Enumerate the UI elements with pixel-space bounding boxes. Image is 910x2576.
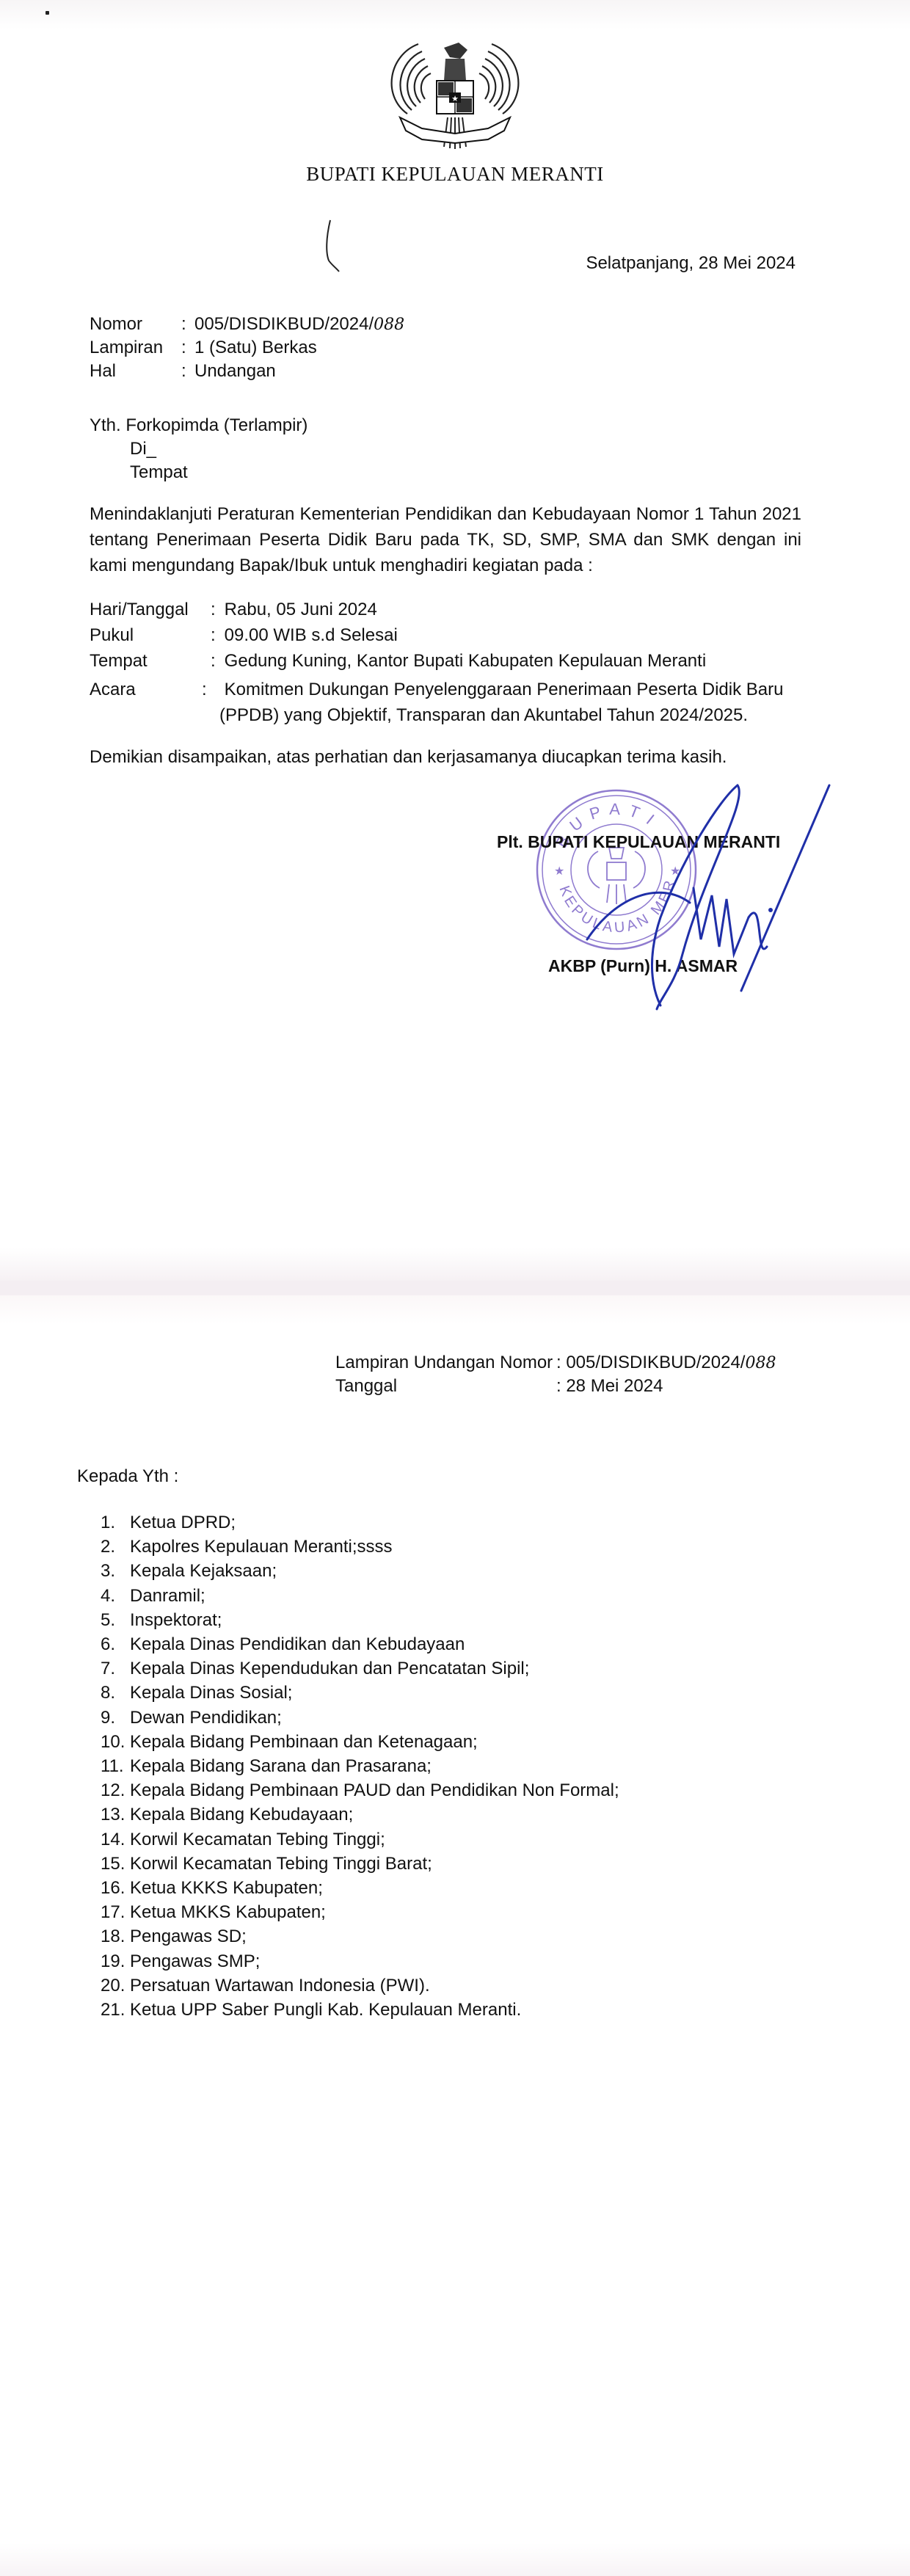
recipient-text: Kepala Bidang Kebudayaan; xyxy=(130,1805,353,1824)
recipient-text: Korwil Kecamatan Tebing Tinggi Barat; xyxy=(130,1854,432,1874)
recipient-number: 6. xyxy=(101,1632,130,1656)
recipient-line: Yth. Forkopimda (Terlampir) xyxy=(90,415,307,436)
recipient-number: 17. xyxy=(101,1900,130,1924)
event-label: Hari/Tanggal xyxy=(90,600,211,620)
event-row-date: Hari/Tanggal: Rabu, 05 Juni 2024 xyxy=(90,600,805,620)
handwritten-number: 088 xyxy=(374,316,404,334)
meta-colon: : xyxy=(181,361,194,382)
event-label: Tempat xyxy=(90,651,211,672)
recipient-item: 21.Ketua UPP Saber Pungli Kab. Kepulauan… xyxy=(101,1998,619,2022)
recipient-text: Kepala Dinas Pendidikan dan Kebudayaan xyxy=(130,1634,465,1654)
recipient-item: 5.Inspektorat; xyxy=(101,1608,619,1632)
recipient-item: 15.Korwil Kecamatan Tebing Tinggi Barat; xyxy=(101,1852,619,1876)
recipient-item: 16.Ketua KKKS Kabupaten; xyxy=(101,1876,619,1900)
event-label: Pukul xyxy=(90,625,211,646)
recipient-text: Kepala Bidang Pembinaan dan Ketenagaan; xyxy=(130,1732,478,1752)
attachment-nomor-label: Lampiran Undangan Nomor xyxy=(335,1353,553,1373)
meta-label: Hal xyxy=(90,361,181,382)
recipient-number: 21. xyxy=(101,1998,130,2022)
recipient-item: 7.Kepala Dinas Kependudukan dan Pencatat… xyxy=(101,1656,619,1681)
recipient-text: Ketua MKKS Kabupaten; xyxy=(130,1902,326,1922)
recipient-number: 4. xyxy=(101,1584,130,1608)
recipient-number: 13. xyxy=(101,1802,130,1827)
recipient-text: Persatuan Wartawan Indonesia (PWI). xyxy=(130,1976,430,1995)
event-row-place: Tempat: Gedung Kuning, Kantor Bupati Kab… xyxy=(90,651,805,672)
recipient-item: 10.Kepala Bidang Pembinaan dan Ketenagaa… xyxy=(101,1730,619,1754)
recipient-number: 7. xyxy=(101,1656,130,1681)
letter-page-1: ★ BUPATI KEPULAUAN MERANTI Selatpanjang,… xyxy=(0,0,910,1281)
recipient-item: 9.Dewan Pendidikan; xyxy=(101,1706,619,1730)
page-separator xyxy=(0,1281,910,1295)
recipient-text: Pengawas SMP; xyxy=(130,1951,260,1971)
recipient-number: 10. xyxy=(101,1730,130,1754)
recipient-text: Kepala Dinas Sosial; xyxy=(130,1683,292,1703)
recipient-item: 18.Pengawas SD; xyxy=(101,1924,619,1949)
recipient-text: Ketua UPP Saber Pungli Kab. Kepulauan Me… xyxy=(130,2000,521,2020)
recipient-text: Pengawas SD; xyxy=(130,1926,247,1946)
recipient-text: Kepala Kejaksaan; xyxy=(130,1561,277,1581)
meta-label: Nomor xyxy=(90,314,181,335)
svg-text:★: ★ xyxy=(451,95,459,103)
recipient-number: 14. xyxy=(101,1827,130,1852)
handwritten-signature-icon xyxy=(572,771,837,1013)
recipient-text: Kapolres Kepulauan Meranti;ssss xyxy=(130,1537,393,1557)
recipient-number: 15. xyxy=(101,1852,130,1876)
recipient-text: Ketua DPRD; xyxy=(130,1513,236,1532)
closing-line: Demikian disampaikan, atas perhatian dan… xyxy=(90,747,727,768)
recipient-number: 16. xyxy=(101,1876,130,1900)
attachment-date-label: Tanggal xyxy=(335,1376,397,1397)
meta-value: 005/DISDIKBUD/2024/ xyxy=(194,314,374,334)
svg-text:★: ★ xyxy=(554,865,564,878)
kepada-heading: Kepada Yth : xyxy=(77,1466,178,1487)
recipient-item: 17.Ketua MKKS Kabupaten; xyxy=(101,1900,619,1924)
meta-colon: : xyxy=(181,314,194,335)
recipient-number: 3. xyxy=(101,1559,130,1583)
recipients-list: 1.Ketua DPRD;2.Kapolres Kepulauan Merant… xyxy=(101,1510,619,2022)
event-row-time: Pukul: 09.00 WIB s.d Selesai xyxy=(90,625,805,646)
recipient-number: 9. xyxy=(101,1706,130,1730)
event-label: Acara xyxy=(90,677,211,702)
meta-colon: : xyxy=(181,338,194,358)
event-value: 09.00 WIB s.d Selesai xyxy=(225,625,398,645)
recipient-item: 1.Ketua DPRD; xyxy=(101,1510,619,1535)
recipient-text: Kepala Bidang Sarana dan Prasarana; xyxy=(130,1756,432,1776)
meta-lampiran: Lampiran:1 (Satu) Berkas xyxy=(90,338,317,358)
pen-stroke-mark xyxy=(321,217,351,275)
garuda-emblem-icon: ★ xyxy=(378,29,532,154)
body-paragraph: Menindaklanjuti Peraturan Kementerian Pe… xyxy=(90,501,801,578)
attachment-nomor-value: : 005/DISDIKBUD/2024/088 xyxy=(556,1353,776,1374)
recipient-number: 18. xyxy=(101,1924,130,1949)
recipient-number: 12. xyxy=(101,1778,130,1802)
meta-label: Lampiran xyxy=(90,338,181,358)
meta-hal: Hal:Undangan xyxy=(90,361,276,382)
event-row-agenda: Acara: Komitmen Dukungan Penyelenggaraan… xyxy=(90,677,792,728)
recipient-text: Kepala Dinas Kependudukan dan Pencatatan… xyxy=(130,1659,529,1678)
recipient-item: 6.Kepala Dinas Pendidikan dan Kebudayaan xyxy=(101,1632,619,1656)
recipient-item: 19.Pengawas SMP; xyxy=(101,1949,619,1973)
recipient-number: 1. xyxy=(101,1510,130,1535)
recipient-text: Dewan Pendidikan; xyxy=(130,1708,282,1728)
place-date: Selatpanjang, 28 Mei 2024 xyxy=(586,253,796,274)
recipient-item: 3.Kepala Kejaksaan; xyxy=(101,1559,619,1583)
recipient-item: 14.Korwil Kecamatan Tebing Tinggi; xyxy=(101,1827,619,1852)
meta-value: Undangan xyxy=(194,361,276,381)
event-value: Gedung Kuning, Kantor Bupati Kabupaten K… xyxy=(225,651,706,671)
recipient-item: 20.Persatuan Wartawan Indonesia (PWI). xyxy=(101,1973,619,1998)
attachment-nomor-text: : 005/DISDIKBUD/2024/ xyxy=(556,1353,745,1372)
scan-speck xyxy=(45,11,49,15)
recipient-place: Tempat xyxy=(130,462,188,483)
attachment-date-value: : 28 Mei 2024 xyxy=(556,1376,663,1397)
event-value: Rabu, 05 Juni 2024 xyxy=(225,600,377,619)
recipient-item: 2.Kapolres Kepulauan Meranti;ssss xyxy=(101,1535,619,1559)
recipient-number: 8. xyxy=(101,1681,130,1705)
recipient-number: 11. xyxy=(101,1754,130,1778)
recipient-item: 11.Kepala Bidang Sarana dan Prasarana; xyxy=(101,1754,619,1778)
recipient-number: 5. xyxy=(101,1608,130,1632)
recipient-number: 19. xyxy=(101,1949,130,1973)
recipient-text: Kepala Bidang Pembinaan PAUD dan Pendidi… xyxy=(130,1780,619,1800)
event-value: Komitmen Dukungan Penyelenggaraan Peneri… xyxy=(219,680,783,725)
recipient-item: 12.Kepala Bidang Pembinaan PAUD dan Pend… xyxy=(101,1778,619,1802)
recipient-text: Ketua KKKS Kabupaten; xyxy=(130,1878,323,1898)
recipient-number: 2. xyxy=(101,1535,130,1559)
recipient-item: 4.Danramil; xyxy=(101,1584,619,1608)
meta-nomor: Nomor:005/DISDIKBUD/2024/088 xyxy=(90,314,404,335)
recipient-di: Di_ xyxy=(130,439,156,459)
institution-heading: BUPATI KEPULAUAN MERANTI xyxy=(0,164,910,184)
recipient-number: 20. xyxy=(101,1973,130,1998)
handwritten-number: 088 xyxy=(745,1354,776,1372)
recipient-item: 13.Kepala Bidang Kebudayaan; xyxy=(101,1802,619,1827)
recipient-item: 8.Kepala Dinas Sosial; xyxy=(101,1681,619,1705)
meta-value: 1 (Satu) Berkas xyxy=(194,338,317,357)
recipient-text: Inspektorat; xyxy=(130,1610,222,1630)
recipient-text: Danramil; xyxy=(130,1586,205,1606)
recipient-text: Korwil Kecamatan Tebing Tinggi; xyxy=(130,1830,385,1849)
